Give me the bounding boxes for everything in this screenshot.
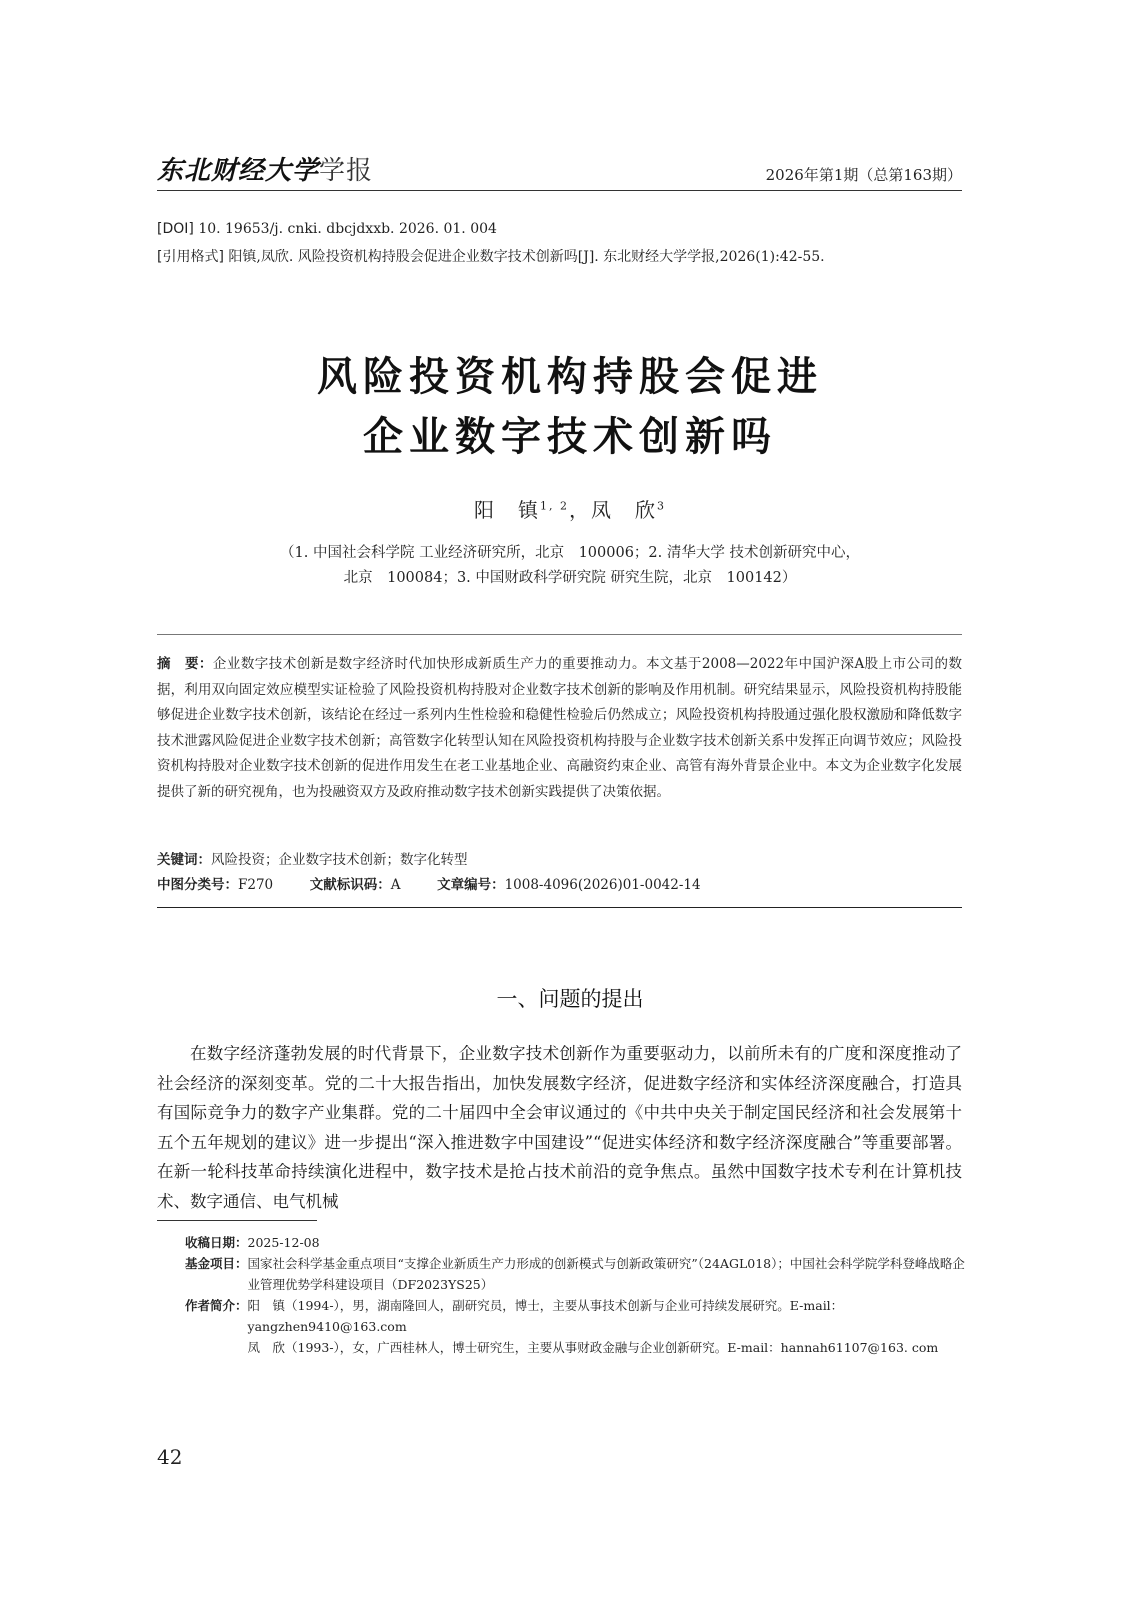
affiliations: （1. 中国社会科学院 工业经济研究所，北京 100006；2. 清华大学 技术… [0, 541, 1140, 591]
article-title-line2: 企业数字技术创新吗 [0, 405, 1140, 462]
journal-name-script: 东北财经大学 [157, 156, 319, 186]
fund-value: 国家社会科学基金重点项目“支撑企业新质生产力形成的创新模式与创新政策研究”（24… [248, 1253, 965, 1295]
article-title-line1: 风险投资机构持股会促进 [0, 345, 1140, 402]
fund-row: 基金项目：国家社会科学基金重点项目“支撑企业新质生产力形成的创新模式与创新政策研… [185, 1253, 965, 1295]
classification-line: 中图分类号：F270 文献标识码：A 文章编号：1008-4096(2026)0… [157, 873, 701, 893]
abstract-top-rule [157, 634, 962, 635]
received-date-row: 收稿日期：2025-12-08 [185, 1232, 965, 1253]
citation-label: [引用格式] [157, 249, 224, 265]
abstract-label: 摘 要： [157, 656, 213, 672]
journal-name-plain: 学报 [319, 156, 373, 186]
section-heading: 一、问题的提出 [0, 983, 1140, 1013]
abstract-bottom-rule [157, 907, 962, 908]
bio-row: 作者简介： 阳 镇（1994-），男，湖南隆回人，副研究员，博士，主要从事技术创… [185, 1295, 965, 1358]
author-bio: 阳 镇（1994-），男，湖南隆回人，副研究员，博士，主要从事技术创新与企业可持… [248, 1295, 965, 1337]
doc-code-label: 文献标识码： [310, 877, 391, 893]
author-affil-sup: 3 [657, 499, 666, 512]
article-no-value: 1008-4096(2026)01-0042-14 [505, 877, 701, 893]
author-list: 阳 镇1, 2，凤 欣3 [0, 494, 1140, 523]
author-name: 阳 镇 [474, 498, 540, 522]
footnotes-block: 收稿日期：2025-12-08 基金项目：国家社会科学基金重点项目“支撑企业新质… [185, 1232, 965, 1358]
page-number: 42 [157, 1445, 182, 1469]
journal-logo: 东北财经大学学报 [157, 150, 373, 187]
keywords-line: 关键词：风险投资；企业数字技术创新；数字化转型 [157, 848, 468, 868]
author-name: 凤 欣 [591, 498, 657, 522]
doc-code-value: A [391, 877, 401, 893]
affiliation-line: 北京 100084；3. 中国财政科学研究院 研究生院，北京 100142） [0, 566, 1140, 591]
fund-label: 基金项目： [185, 1253, 248, 1295]
citation-value: 阳镇,凤欣. 风险投资机构持股会促进企业数字技术创新吗[J]. 东北财经大学学报… [228, 249, 824, 265]
clc-value: F270 [238, 877, 273, 893]
abstract-block: 摘 要：企业数字技术创新是数字经济时代加快形成新质生产力的重要推动力。本文基于2… [157, 652, 962, 805]
abstract-text: 企业数字技术创新是数字经济时代加快形成新质生产力的重要推动力。本文基于2008—… [157, 656, 962, 800]
author-separator: ， [569, 498, 591, 522]
author-affil-sup: 1, 2 [540, 499, 569, 512]
footnote-separator [157, 1220, 317, 1221]
affiliation-line: （1. 中国社会科学院 工业经济研究所，北京 100006；2. 清华大学 技术… [0, 541, 1140, 566]
received-label: 收稿日期： [185, 1232, 248, 1253]
bio-label: 作者简介： [185, 1295, 248, 1358]
citation-line: [引用格式] 阳镇,凤欣. 风险投资机构持股会促进企业数字技术创新吗[J]. 东… [157, 246, 825, 266]
article-no-label: 文章编号： [437, 877, 505, 893]
doi-value[interactable]: 10. 19653/j. cnki. dbcjdxxb. 2026. 01. 0… [198, 221, 497, 237]
journal-masthead: 东北财经大学学报 2026年第1期（总第163期） [157, 150, 962, 191]
keywords-label: 关键词： [157, 852, 211, 868]
author-bio: 凤 欣（1993-），女，广西桂林人，博士研究生，主要从事财政金融与企业创新研究… [248, 1337, 965, 1358]
keywords-value: 风险投资；企业数字技术创新；数字化转型 [211, 852, 468, 868]
body-paragraph: 在数字经济蓬勃发展的时代背景下，企业数字技术创新作为重要驱动力，以前所未有的广度… [157, 1039, 962, 1216]
clc-label: 中图分类号： [157, 877, 238, 893]
issue-info: 2026年第1期（总第163期） [766, 164, 962, 185]
doi-line: [DOI] 10. 19653/j. cnki. dbcjdxxb. 2026.… [157, 221, 497, 237]
doi-label: [DOI] [157, 221, 194, 237]
received-value: 2025-12-08 [248, 1232, 320, 1253]
